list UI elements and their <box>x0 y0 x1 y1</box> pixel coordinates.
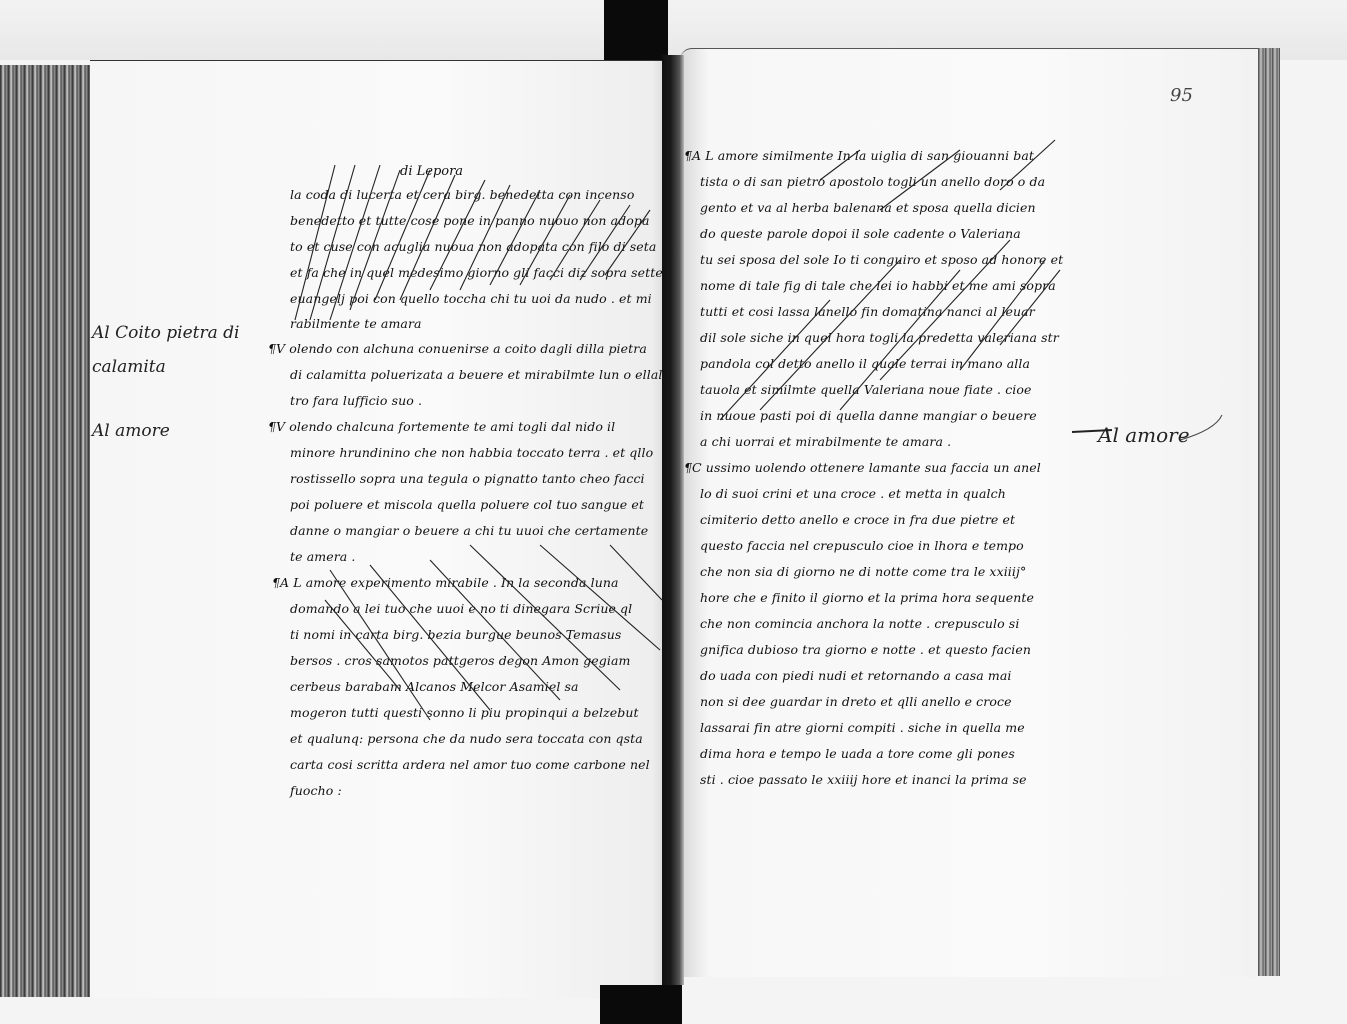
text-line: benedetto et tutte cose pone in panno nu… <box>290 208 663 234</box>
margin-note-amore-left: Al amore <box>92 421 170 441</box>
text-line: cerbeus barabam Alcanos Melcor Asamiel s… <box>290 674 663 700</box>
text-line: ti nomi in carta birg. bezia burgue beun… <box>290 622 663 648</box>
book-gutter <box>662 55 684 985</box>
text-line: hore che e finito il giorno et la prima … <box>700 585 1063 611</box>
open-book-spread: di Lepora la coda di lucerta et cera bir… <box>0 0 1347 1024</box>
text-line: dil sole siche in quel hora togli la pre… <box>700 325 1063 351</box>
text-line: gento et va al herba balenana et sposa q… <box>700 195 1063 221</box>
text-line: dima hora e tempo le uada a tore come gl… <box>700 741 1063 767</box>
text-line: lo di suoi crini et una croce . et metta… <box>700 481 1063 507</box>
binding-strap-top <box>604 0 668 60</box>
text-line: bersos . cros samotos pattgeros degon Am… <box>290 648 663 674</box>
text-line: la coda di lucerta et cera birg. benedet… <box>290 182 663 208</box>
paragraph-start-line: ¶C ussimo uolendo ottenere lamante sua f… <box>684 455 1063 481</box>
text-line: di calamitta poluerizata a beuere et mir… <box>290 362 663 388</box>
text-line: a chi uorrai et mirabilmente te amara . <box>700 429 1063 455</box>
text-line: poi poluere et miscola quella poluere co… <box>290 492 663 518</box>
text-line: sti . cioe passato le xxiiij hore et ina… <box>700 767 1063 793</box>
margin-note-calamita: calamita <box>92 357 166 377</box>
text-line: et qualunq: persona che da nudo sera toc… <box>290 726 663 752</box>
text-line: gnifica dubioso tra giorno e notte . et … <box>700 637 1063 663</box>
text-line: euangelj poi con quello toccha chi tu uo… <box>290 286 663 312</box>
text-line: nome di tale fig di tale che lei io habb… <box>700 273 1063 299</box>
text-line: in nuoue pasti poi di quella danne mangi… <box>700 403 1063 429</box>
text-line: rabilmente te amara <box>290 312 663 336</box>
paragraph-start-line: ¶V olendo chalcuna fortemente te ami tog… <box>268 414 663 440</box>
paragraph-start-line: ¶A L amore similmente In la uiglia di sa… <box>684 143 1063 169</box>
page-number: 95 <box>1170 85 1193 106</box>
text-line: tu sei sposa del sole Io ti conguiro et … <box>700 247 1063 273</box>
right-page-block-edge <box>1258 48 1280 976</box>
text-line: et fa che in quel medesimo giorno gli fa… <box>290 260 663 286</box>
margin-note-coito: Al Coito pietra di <box>92 323 239 343</box>
left-page-block-edge <box>0 65 92 997</box>
paragraph-start-line: ¶A L amore experimento mirabile . In la … <box>272 570 663 596</box>
text-line: tista o di san pietro apostolo togli un … <box>700 169 1063 195</box>
text-line: fuocho : <box>290 778 663 804</box>
text-line: mogeron tutti questi sonno li piu propin… <box>290 700 663 726</box>
left-page-heading: di Lepora <box>400 164 463 179</box>
text-line: carta cosi scritta ardera nel amor tuo c… <box>290 752 663 778</box>
text-line: che non cominciа anchora la notte . crep… <box>700 611 1063 637</box>
text-line: do uada con piedi nudi et retornando a c… <box>700 663 1063 689</box>
text-line: domando a lei tuo che uuoi e no ti dineg… <box>290 596 663 622</box>
text-line: minore hrundinino che non habbia toccato… <box>290 440 663 466</box>
text-line: tutti et cosi lassa lanello fin domatina… <box>700 299 1063 325</box>
binding-strap-bottom <box>600 985 682 1024</box>
text-line: pandola col detto anello il quale terrai… <box>700 351 1063 377</box>
text-line: cimiterio detto anello e croce in fra du… <box>700 507 1063 533</box>
left-page-text: la coda di lucerta et cera birg. benedet… <box>290 182 663 804</box>
paragraph-start-line: ¶V olendo con alchuna conuenirse a coito… <box>268 336 663 362</box>
text-line: rostissello sopra una tegula o pignatto … <box>290 466 663 492</box>
text-line: do queste parole dopoi il sole cadente o… <box>700 221 1063 247</box>
text-line: te amera . <box>290 544 663 570</box>
text-line: tro fara lufficio suo . <box>290 388 663 414</box>
text-line: questo faccia nel crepusculo cioe in lho… <box>700 533 1063 559</box>
right-page-text: ¶A L amore similmente In la uiglia di sa… <box>700 143 1063 793</box>
text-line: to et cuse con acuglia nuoua non adopata… <box>290 234 663 260</box>
text-line: tauola et similmte quella Valeriana noue… <box>700 377 1063 403</box>
text-line: danne o mangiar o beuere a chi tu uuoi c… <box>290 518 663 544</box>
text-line: lassarai fin atre giorni compiti . siche… <box>700 715 1063 741</box>
text-line: che non sia di giorno ne di notte come t… <box>700 559 1063 585</box>
margin-note-amore-right: Al amore <box>1098 423 1190 447</box>
text-line: non si dee guardar in dreto et qlli anel… <box>700 689 1063 715</box>
